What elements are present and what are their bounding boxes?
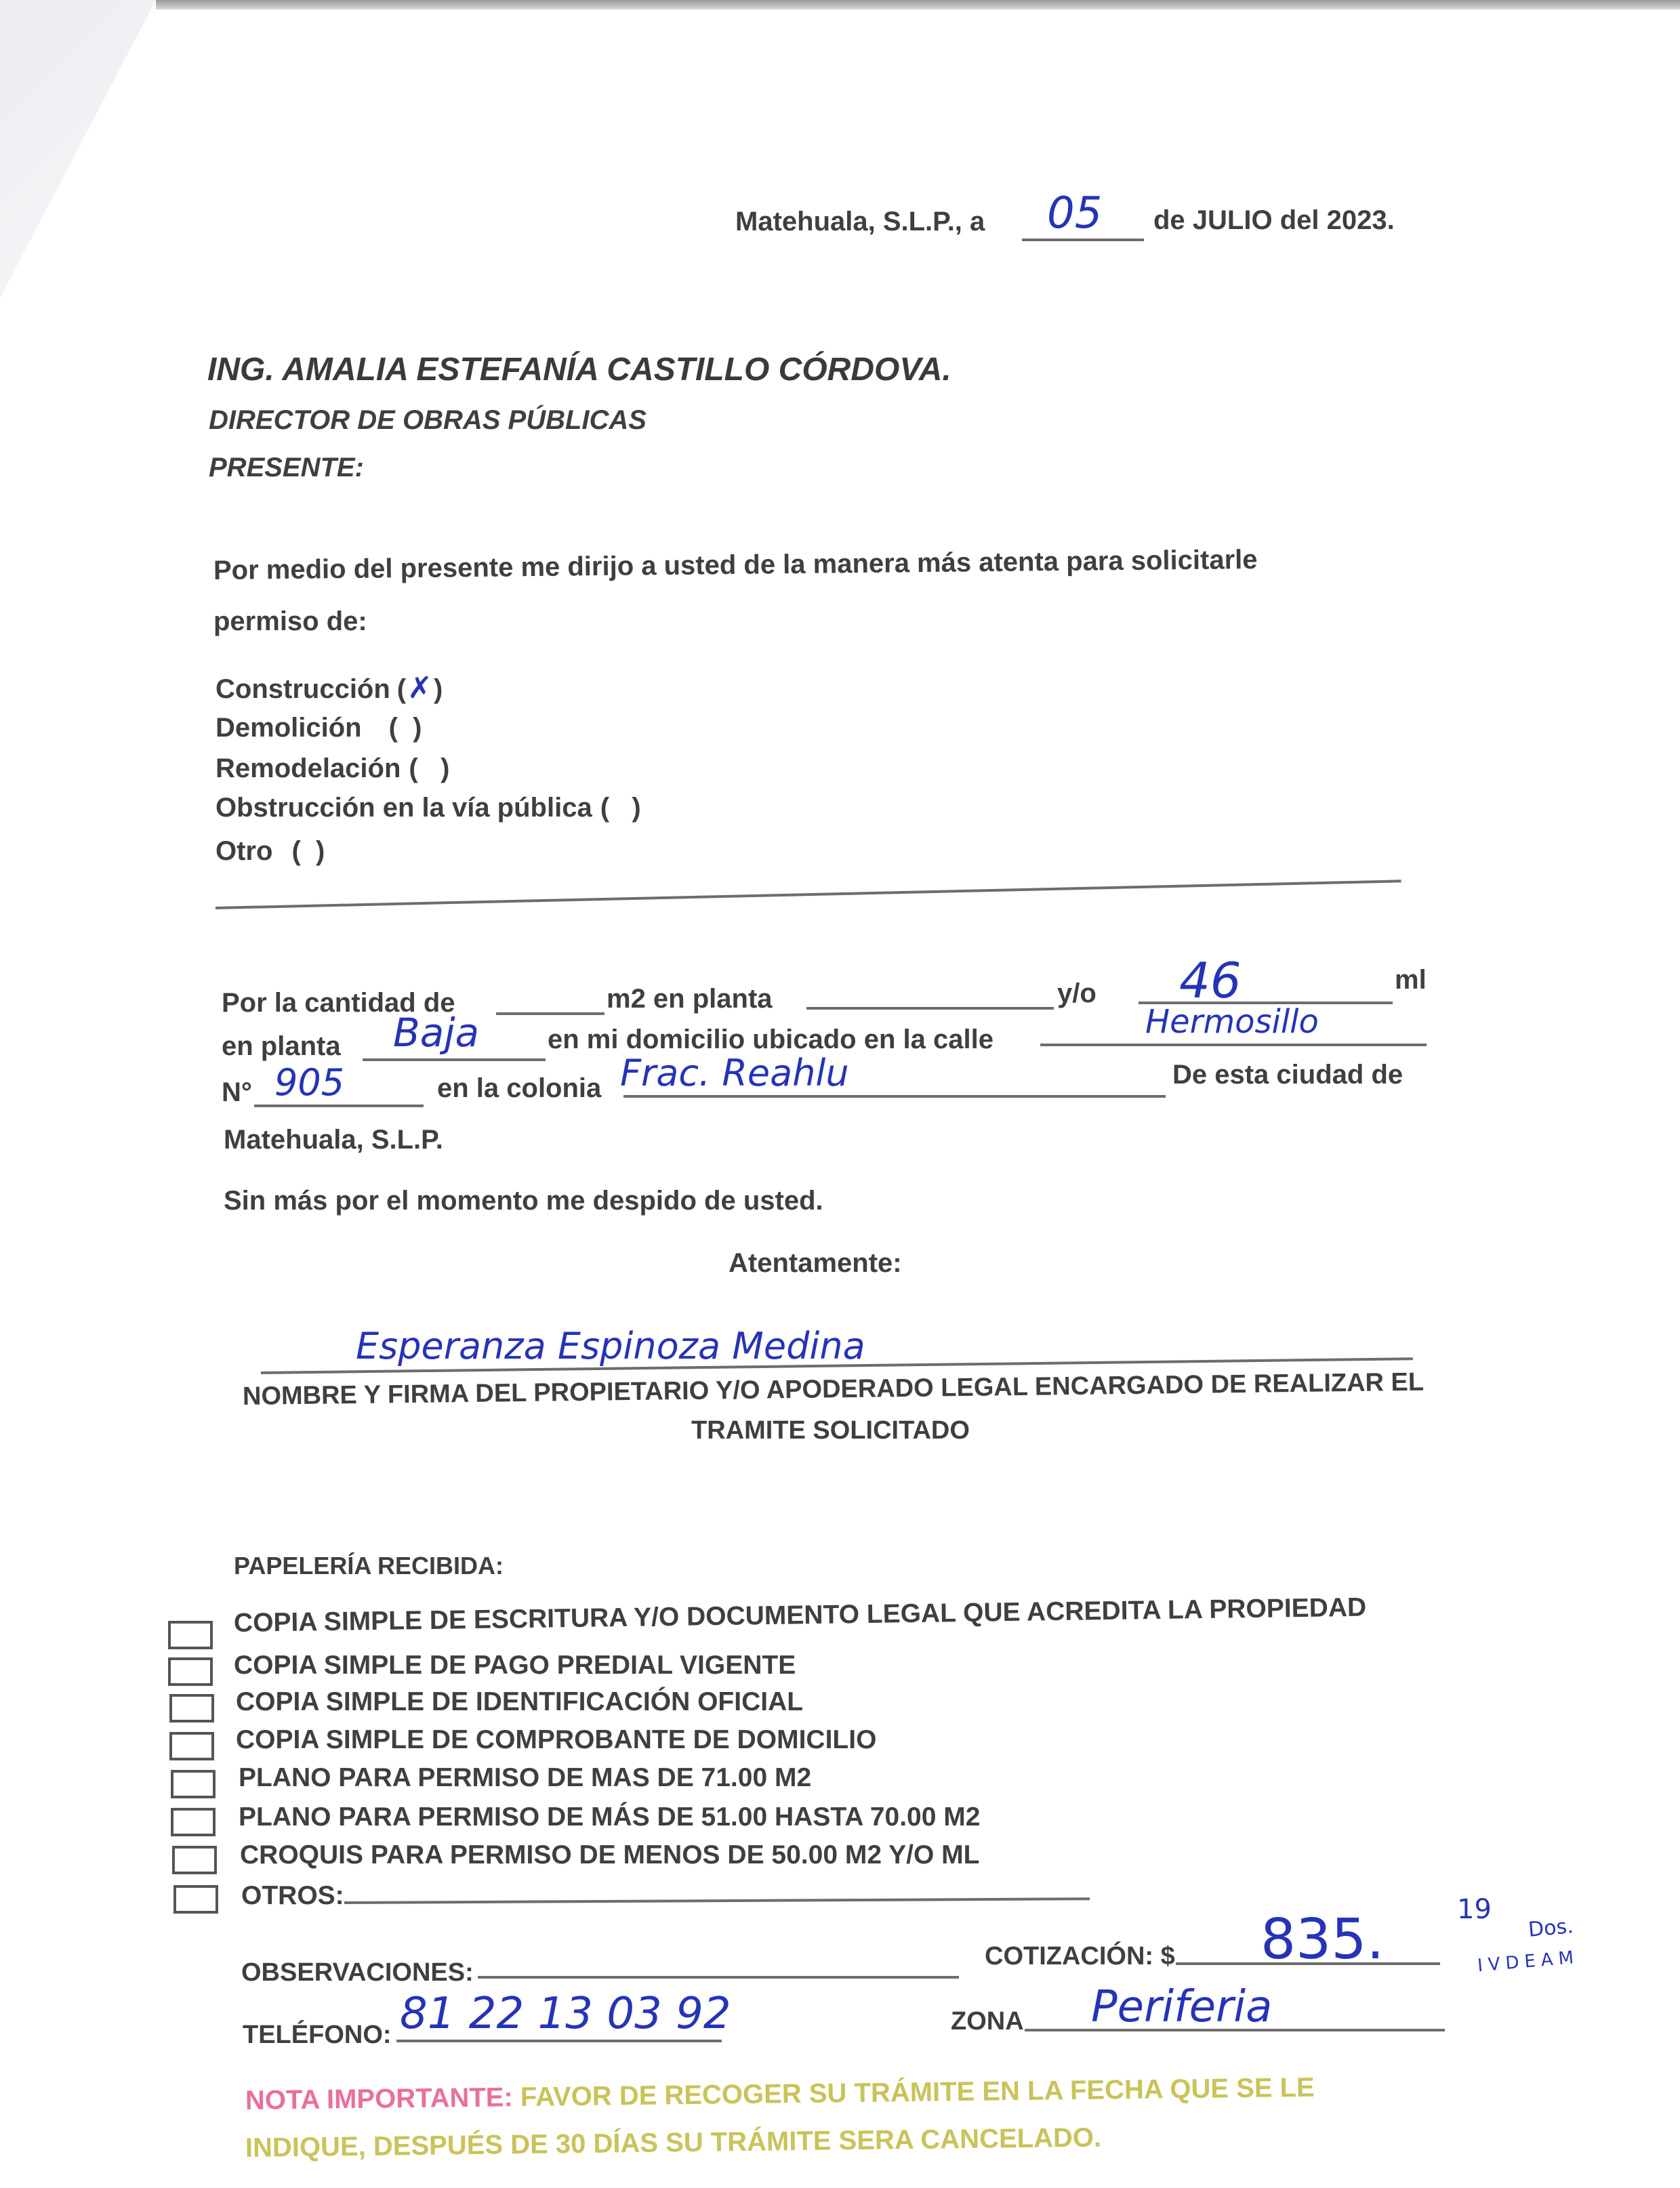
permit-option-construccion[interactable]: Construcción ( ✗ ) bbox=[216, 671, 443, 705]
check-mark-icon: ✗ bbox=[407, 671, 432, 705]
scan-top-edge bbox=[156, 0, 1680, 9]
paperwork-checkbox-2[interactable] bbox=[169, 1694, 214, 1722]
city-text: Matehuala, S.L.P. bbox=[224, 1125, 443, 1155]
farewell-text: Sin más por el momento me despido de ust… bbox=[224, 1186, 823, 1216]
telefono-line[interactable] bbox=[396, 2040, 722, 2042]
calle-line[interactable] bbox=[1040, 1044, 1427, 1046]
telefono-label: TELÉFONO: bbox=[243, 2021, 392, 2050]
paperwork-item-5: PLANO PARA PERMISO DE MÁS DE 51.00 HASTA… bbox=[239, 1802, 980, 1832]
cotizacion-label: COTIZACIÓN: $ bbox=[985, 1942, 1175, 1971]
permit-label: Otro bbox=[216, 836, 272, 867]
colonia-value[interactable]: Frac. Reahlu bbox=[620, 1052, 849, 1094]
permit-option-remodelacion[interactable]: Remodelación ( ) bbox=[216, 754, 449, 784]
paperwork-item-2: COPIA SIMPLE DE IDENTIFICACIÓN OFICIAL bbox=[236, 1687, 803, 1717]
permit-option-demolicion[interactable]: Demolición ( ) bbox=[216, 713, 422, 743]
checkbox-parens: ( ) bbox=[600, 793, 641, 823]
colonia-line[interactable] bbox=[623, 1095, 1166, 1098]
domicilio-label: en mi domicilio ubicado en la calle bbox=[548, 1025, 993, 1055]
cotizacion-cents[interactable]: 19 bbox=[1457, 1894, 1492, 1925]
permit-label: Demolición bbox=[216, 713, 362, 743]
signature-caption-1: NOMBRE Y FIRMA DEL PROPIETARIO Y/O APODE… bbox=[243, 1368, 1425, 1411]
recipient-name: ING. AMALIA ESTEFANÍA CASTILLO CÓRDOVA. bbox=[207, 351, 951, 388]
paperwork-item-0: COPIA SIMPLE DE ESCRITURA Y/O DOCUMENTO … bbox=[234, 1593, 1367, 1638]
zona-value[interactable]: Periferia bbox=[1091, 1982, 1272, 2032]
signature-caption-2: TRAMITE SOLICITADO bbox=[691, 1416, 970, 1445]
regards-text: Atentamente: bbox=[729, 1248, 902, 1279]
paperwork-checkbox-7[interactable] bbox=[173, 1885, 218, 1914]
date-suffix: de JULIO del 2023. bbox=[1153, 205, 1395, 236]
cotizacion-note-1: Dos. bbox=[1528, 1914, 1574, 1942]
planta-line[interactable] bbox=[363, 1058, 546, 1061]
paperwork-checkbox-5[interactable] bbox=[171, 1808, 216, 1836]
day-underline bbox=[1022, 239, 1144, 241]
permit-label: Obstrucción en la vía pública bbox=[216, 793, 592, 823]
qty-field-line[interactable] bbox=[496, 1012, 605, 1015]
notice-text-2: INDIQUE, DESPUÉS DE 30 DÍAS SU TRÁMITE S… bbox=[245, 2123, 1102, 2164]
planta-field-line[interactable] bbox=[806, 1007, 1054, 1010]
checkbox-parens: ( ) bbox=[291, 836, 325, 867]
zona-label: ZONA bbox=[951, 2007, 1024, 2036]
permit-option-obstruccion[interactable]: Obstrucción en la vía pública ( ) bbox=[216, 793, 641, 823]
paperwork-checkbox-0[interactable] bbox=[168, 1621, 213, 1649]
open-paren: ( bbox=[397, 674, 406, 705]
intro-line-2: permiso de: bbox=[213, 606, 367, 637]
planta-value[interactable]: Baja bbox=[393, 1010, 479, 1056]
numero-label: N° bbox=[222, 1077, 252, 1108]
planta-label: en planta bbox=[222, 1031, 341, 1062]
date-place: Matehuala, S.L.P., a bbox=[735, 207, 985, 237]
notice-text-1: FAVOR DE RECOGER SU TRÁMITE EN LA FECHA … bbox=[520, 2073, 1315, 2112]
observaciones-line[interactable] bbox=[478, 1976, 959, 1979]
otros-line[interactable] bbox=[344, 1897, 1090, 1904]
signature[interactable]: Esperanza Espinoza Medina bbox=[356, 1325, 865, 1367]
colonia-label: en la colonia bbox=[437, 1073, 601, 1104]
paperwork-checkbox-3[interactable] bbox=[169, 1732, 214, 1760]
numero-line[interactable] bbox=[254, 1105, 424, 1107]
close-paren: ) bbox=[434, 674, 443, 705]
observaciones-label: OBSERVACIONES: bbox=[241, 1958, 474, 1987]
paperwork-checkbox-6[interactable] bbox=[172, 1846, 217, 1874]
m2-label: m2 en planta bbox=[607, 984, 773, 1014]
checkbox-parens: ( ) bbox=[389, 713, 422, 743]
paperwork-item-6: CROQUIS PARA PERMISO DE MENOS DE 50.00 M… bbox=[240, 1840, 980, 1870]
ciudad-label: De esta ciudad de bbox=[1172, 1060, 1403, 1090]
page-fold-shadow bbox=[0, 0, 156, 298]
cotizacion-note-2: IVDEAM bbox=[1477, 1947, 1580, 1977]
paperwork-item-7: OTROS: bbox=[241, 1881, 344, 1911]
yo-label: y/o bbox=[1057, 978, 1097, 1009]
notice-label: NOTA IMPORTANTE: bbox=[245, 2082, 513, 2115]
ml-value[interactable]: 46 bbox=[1179, 952, 1242, 1009]
recipient-greeting: PRESENTE: bbox=[209, 453, 364, 483]
paperwork-item-3: COPIA SIMPLE DE COMPROBANTE DE DOMICILIO bbox=[236, 1725, 876, 1755]
permit-label: Remodelación bbox=[216, 754, 401, 784]
paperwork-item-1: COPIA SIMPLE DE PAGO PREDIAL VIGENTE bbox=[234, 1651, 796, 1680]
day-value[interactable]: 05 bbox=[1047, 188, 1102, 239]
paperwork-item-4: PLANO PARA PERMISO DE MAS DE 71.00 M2 bbox=[239, 1763, 811, 1793]
telefono-value[interactable]: 81 22 13 03 92 bbox=[400, 1989, 731, 2039]
paperwork-title: PAPELERÍA RECIBIDA: bbox=[234, 1552, 504, 1580]
paperwork-checkbox-4[interactable] bbox=[171, 1770, 216, 1798]
paperwork-checkbox-1[interactable] bbox=[168, 1657, 213, 1686]
checkbox-parens: ( ) bbox=[409, 754, 449, 784]
cotizacion-value[interactable]: 835. bbox=[1261, 1907, 1385, 1972]
permit-label: Construcción bbox=[216, 674, 390, 705]
intro-line-1: Por medio del presente me dirijo a usted… bbox=[213, 545, 1258, 586]
ml-label: ml bbox=[1395, 965, 1427, 995]
otro-underline[interactable] bbox=[216, 880, 1401, 909]
numero-value[interactable]: 905 bbox=[274, 1061, 344, 1104]
calle-value[interactable]: Hermosillo bbox=[1145, 1003, 1319, 1041]
important-notice-line-1: NOTA IMPORTANTE: FAVOR DE RECOGER SU TRÁ… bbox=[245, 2073, 1315, 2116]
recipient-title: DIRECTOR DE OBRAS PÚBLICAS bbox=[209, 405, 647, 436]
permit-option-otro[interactable]: Otro ( ) bbox=[216, 836, 325, 867]
